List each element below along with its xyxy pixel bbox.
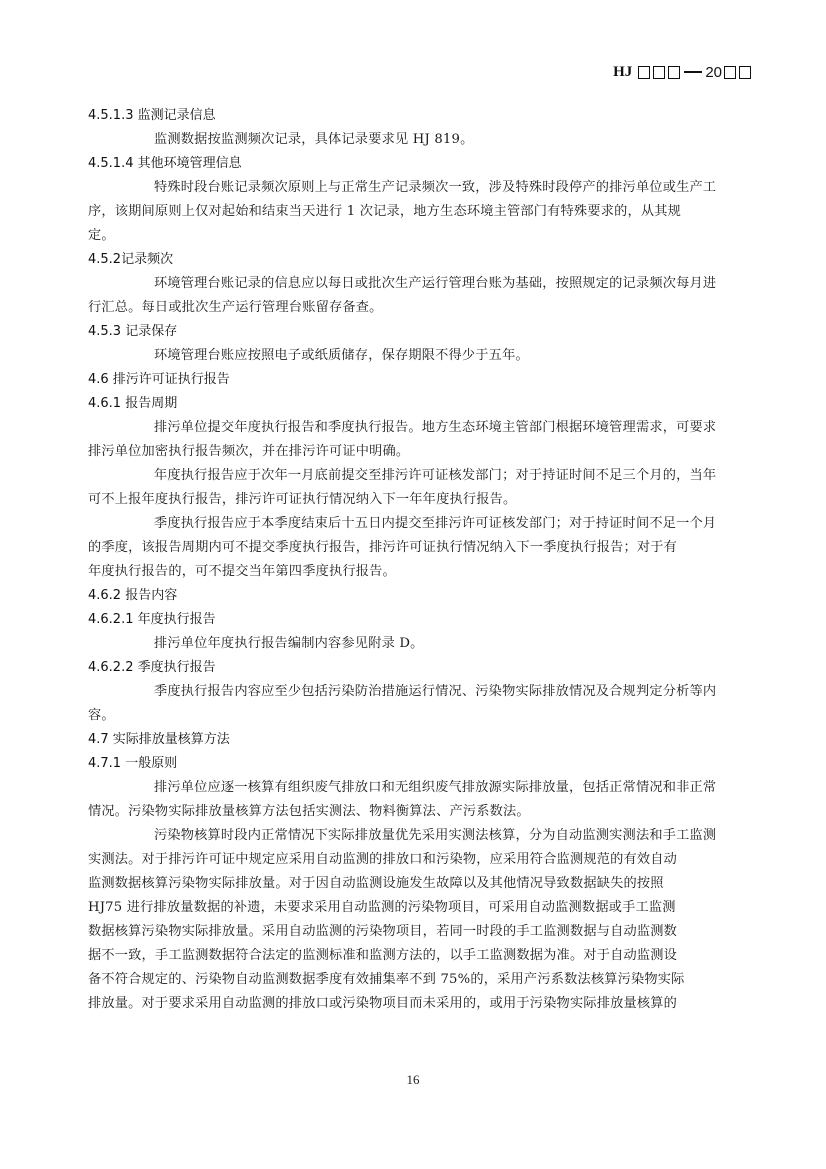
paragraph-line: 数据核算污染物实际排放量。采用自动监测的污染物项目，若同一时段的手工监测数据与自… — [88, 920, 752, 944]
body-paragraph: 污染物核算时段内正常情况下实际排放量优先采用实测法核算，分为自动监测实测法和手工… — [88, 824, 752, 1016]
body-paragraph: 排污单位年度执行报告编制内容参见附录 D。 — [88, 632, 752, 656]
paragraph-line: 序，该期间原则上仅对起始和结束当天进行 1 次记录，地方生态环境主管部门有特殊要… — [88, 200, 752, 224]
paragraph-line: 年度执行报告的，可不提交当年第四季度执行报告。 — [88, 560, 752, 584]
section-heading: 4.6 排污许可证执行报告 — [88, 368, 752, 392]
standard-prefix: HJ — [613, 64, 632, 81]
paragraph-line: 可不上报年度执行报告，排污许可证执行情况纳入下一年年度执行报告。 — [88, 488, 752, 512]
placeholder-box-icon — [638, 66, 650, 79]
body-paragraph: 环境管理台账记录的信息应以每日或批次生产运行管理台账为基础，按照规定的记录频次每… — [88, 272, 752, 320]
section-heading: 4.5.3 记录保存 — [88, 320, 752, 344]
paragraph-line: 排污单位年度执行报告编制内容参见附录 D。 — [88, 632, 752, 656]
placeholder-box-icon — [653, 66, 665, 79]
paragraph-line: 行汇总。每日或批次生产运行管理台账留存备查。 — [88, 296, 752, 320]
paragraph-line: 排污单位加密执行报告频次，并在排污许可证中明确。 — [88, 440, 752, 464]
section-heading: 4.5.1.3 监测记录信息 — [88, 104, 752, 128]
paragraph-line: 情况。污染物实际排放量核算方法包括实测法、物料衡算法、产污系数法。 — [88, 800, 752, 824]
body-paragraph: 监测数据按监测频次记录，具体记录要求见 HJ 819。 — [88, 128, 752, 152]
placeholder-box-icon — [668, 66, 680, 79]
paragraph-line: 定。 — [88, 224, 752, 248]
paragraph-line: HJ75 进行排放量数据的补遗，未要求采用自动监测的污染物项目，可采用自动监测数… — [88, 896, 752, 920]
section-heading: 4.6.2.1 年度执行报告 — [88, 608, 752, 632]
body-paragraph: 环境管理台账应按照电子或纸质储存，保存期限不得少于五年。 — [88, 344, 752, 368]
body-paragraph: 年度执行报告应于次年一月底前提交至排污许可证核发部门；对于持证时间不足三个月的，… — [88, 464, 752, 512]
paragraph-line: 实测法。对于排污许可证中规定应采用自动监测的排放口和污染物，应采用符合监测规范的… — [88, 848, 752, 872]
body-paragraph: 特殊时段台账记录频次原则上与正常生产记录频次一致，涉及特殊时段停产的排污单位或生… — [88, 176, 752, 248]
paragraph-line: 的季度，该报告周期内可不提交季度执行报告，排污许可证执行情况纳入下一季度执行报告… — [88, 536, 752, 560]
paragraph-line: 环境管理台账记录的信息应以每日或批次生产运行管理台账为基础，按照规定的记录频次每… — [88, 272, 752, 296]
paragraph-line: 环境管理台账应按照电子或纸质储存，保存期限不得少于五年。 — [88, 344, 752, 368]
paragraph-line: 监测数据核算污染物实际排放量。对于因自动监测设施发生故障以及其他情况导致数据缺失… — [88, 872, 752, 896]
section-heading: 4.5.1.4 其他环境管理信息 — [88, 152, 752, 176]
paragraph-line: 污染物核算时段内正常情况下实际排放量优先采用实测法核算，分为自动监测实测法和手工… — [88, 824, 752, 848]
paragraph-line: 排污单位应逐一核算有组织废气排放口和无组织废气排放源实际排放量，包括正常情况和非… — [88, 776, 752, 800]
document-page: HJ 20 4.5.1.3 监测记录信息监测数据按监测频次记录，具体记录要求见 … — [0, 0, 826, 1169]
section-heading: 4.5.2记录频次 — [88, 248, 752, 272]
document-body: 4.5.1.3 监测记录信息监测数据按监测频次记录，具体记录要求见 HJ 819… — [88, 104, 752, 1016]
paragraph-line: 排放量。对于要求采用自动监测的排放口或污染物项目而未采用的，或用于污染物实际排放… — [88, 992, 752, 1016]
section-heading: 4.6.1 报告周期 — [88, 392, 752, 416]
section-heading: 4.6.2.2 季度执行报告 — [88, 656, 752, 680]
placeholder-box-icon — [739, 66, 751, 79]
dash-separator — [684, 71, 702, 73]
paragraph-line: 据不一致，手工监测数据符合法定的监测标准和监测方法的，以手工监测数据为准。对于自… — [88, 944, 752, 968]
paragraph-line: 备不符合规定的、污染物自动监测数据季度有效捕集率不到 75%的，采用产污系数法核… — [88, 968, 752, 992]
section-heading: 4.7.1 一般原则 — [88, 752, 752, 776]
page-number: 16 — [0, 1072, 826, 1088]
body-paragraph: 排污单位提交年度执行报告和季度执行报告。地方生态环境主管部门根据环境管理需求，可… — [88, 416, 752, 464]
paragraph-line: 排污单位提交年度执行报告和季度执行报告。地方生态环境主管部门根据环境管理需求，可… — [88, 416, 752, 440]
paragraph-line: 容。 — [88, 704, 752, 728]
placeholder-box-icon — [724, 66, 736, 79]
body-paragraph: 季度执行报告应于本季度结束后十五日内提交至排污许可证核发部门；对于持证时间不足一… — [88, 512, 752, 584]
standard-number-header: HJ 20 — [613, 60, 752, 84]
body-paragraph: 季度执行报告内容应至少包括污染防治措施运行情况、污染物实际排放情况及合规判定分析… — [88, 680, 752, 728]
year-prefix: 20 — [705, 64, 722, 81]
paragraph-line: 季度执行报告应于本季度结束后十五日内提交至排污许可证核发部门；对于持证时间不足一… — [88, 512, 752, 536]
section-heading: 4.7 实际排放量核算方法 — [88, 728, 752, 752]
section-heading: 4.6.2 报告内容 — [88, 584, 752, 608]
paragraph-line: 特殊时段台账记录频次原则上与正常生产记录频次一致，涉及特殊时段停产的排污单位或生… — [88, 176, 752, 200]
body-paragraph: 排污单位应逐一核算有组织废气排放口和无组织废气排放源实际排放量，包括正常情况和非… — [88, 776, 752, 824]
paragraph-line: 季度执行报告内容应至少包括污染防治措施运行情况、污染物实际排放情况及合规判定分析… — [88, 680, 752, 704]
paragraph-line: 年度执行报告应于次年一月底前提交至排污许可证核发部门；对于持证时间不足三个月的，… — [88, 464, 752, 488]
paragraph-line: 监测数据按监测频次记录，具体记录要求见 HJ 819。 — [88, 128, 752, 152]
